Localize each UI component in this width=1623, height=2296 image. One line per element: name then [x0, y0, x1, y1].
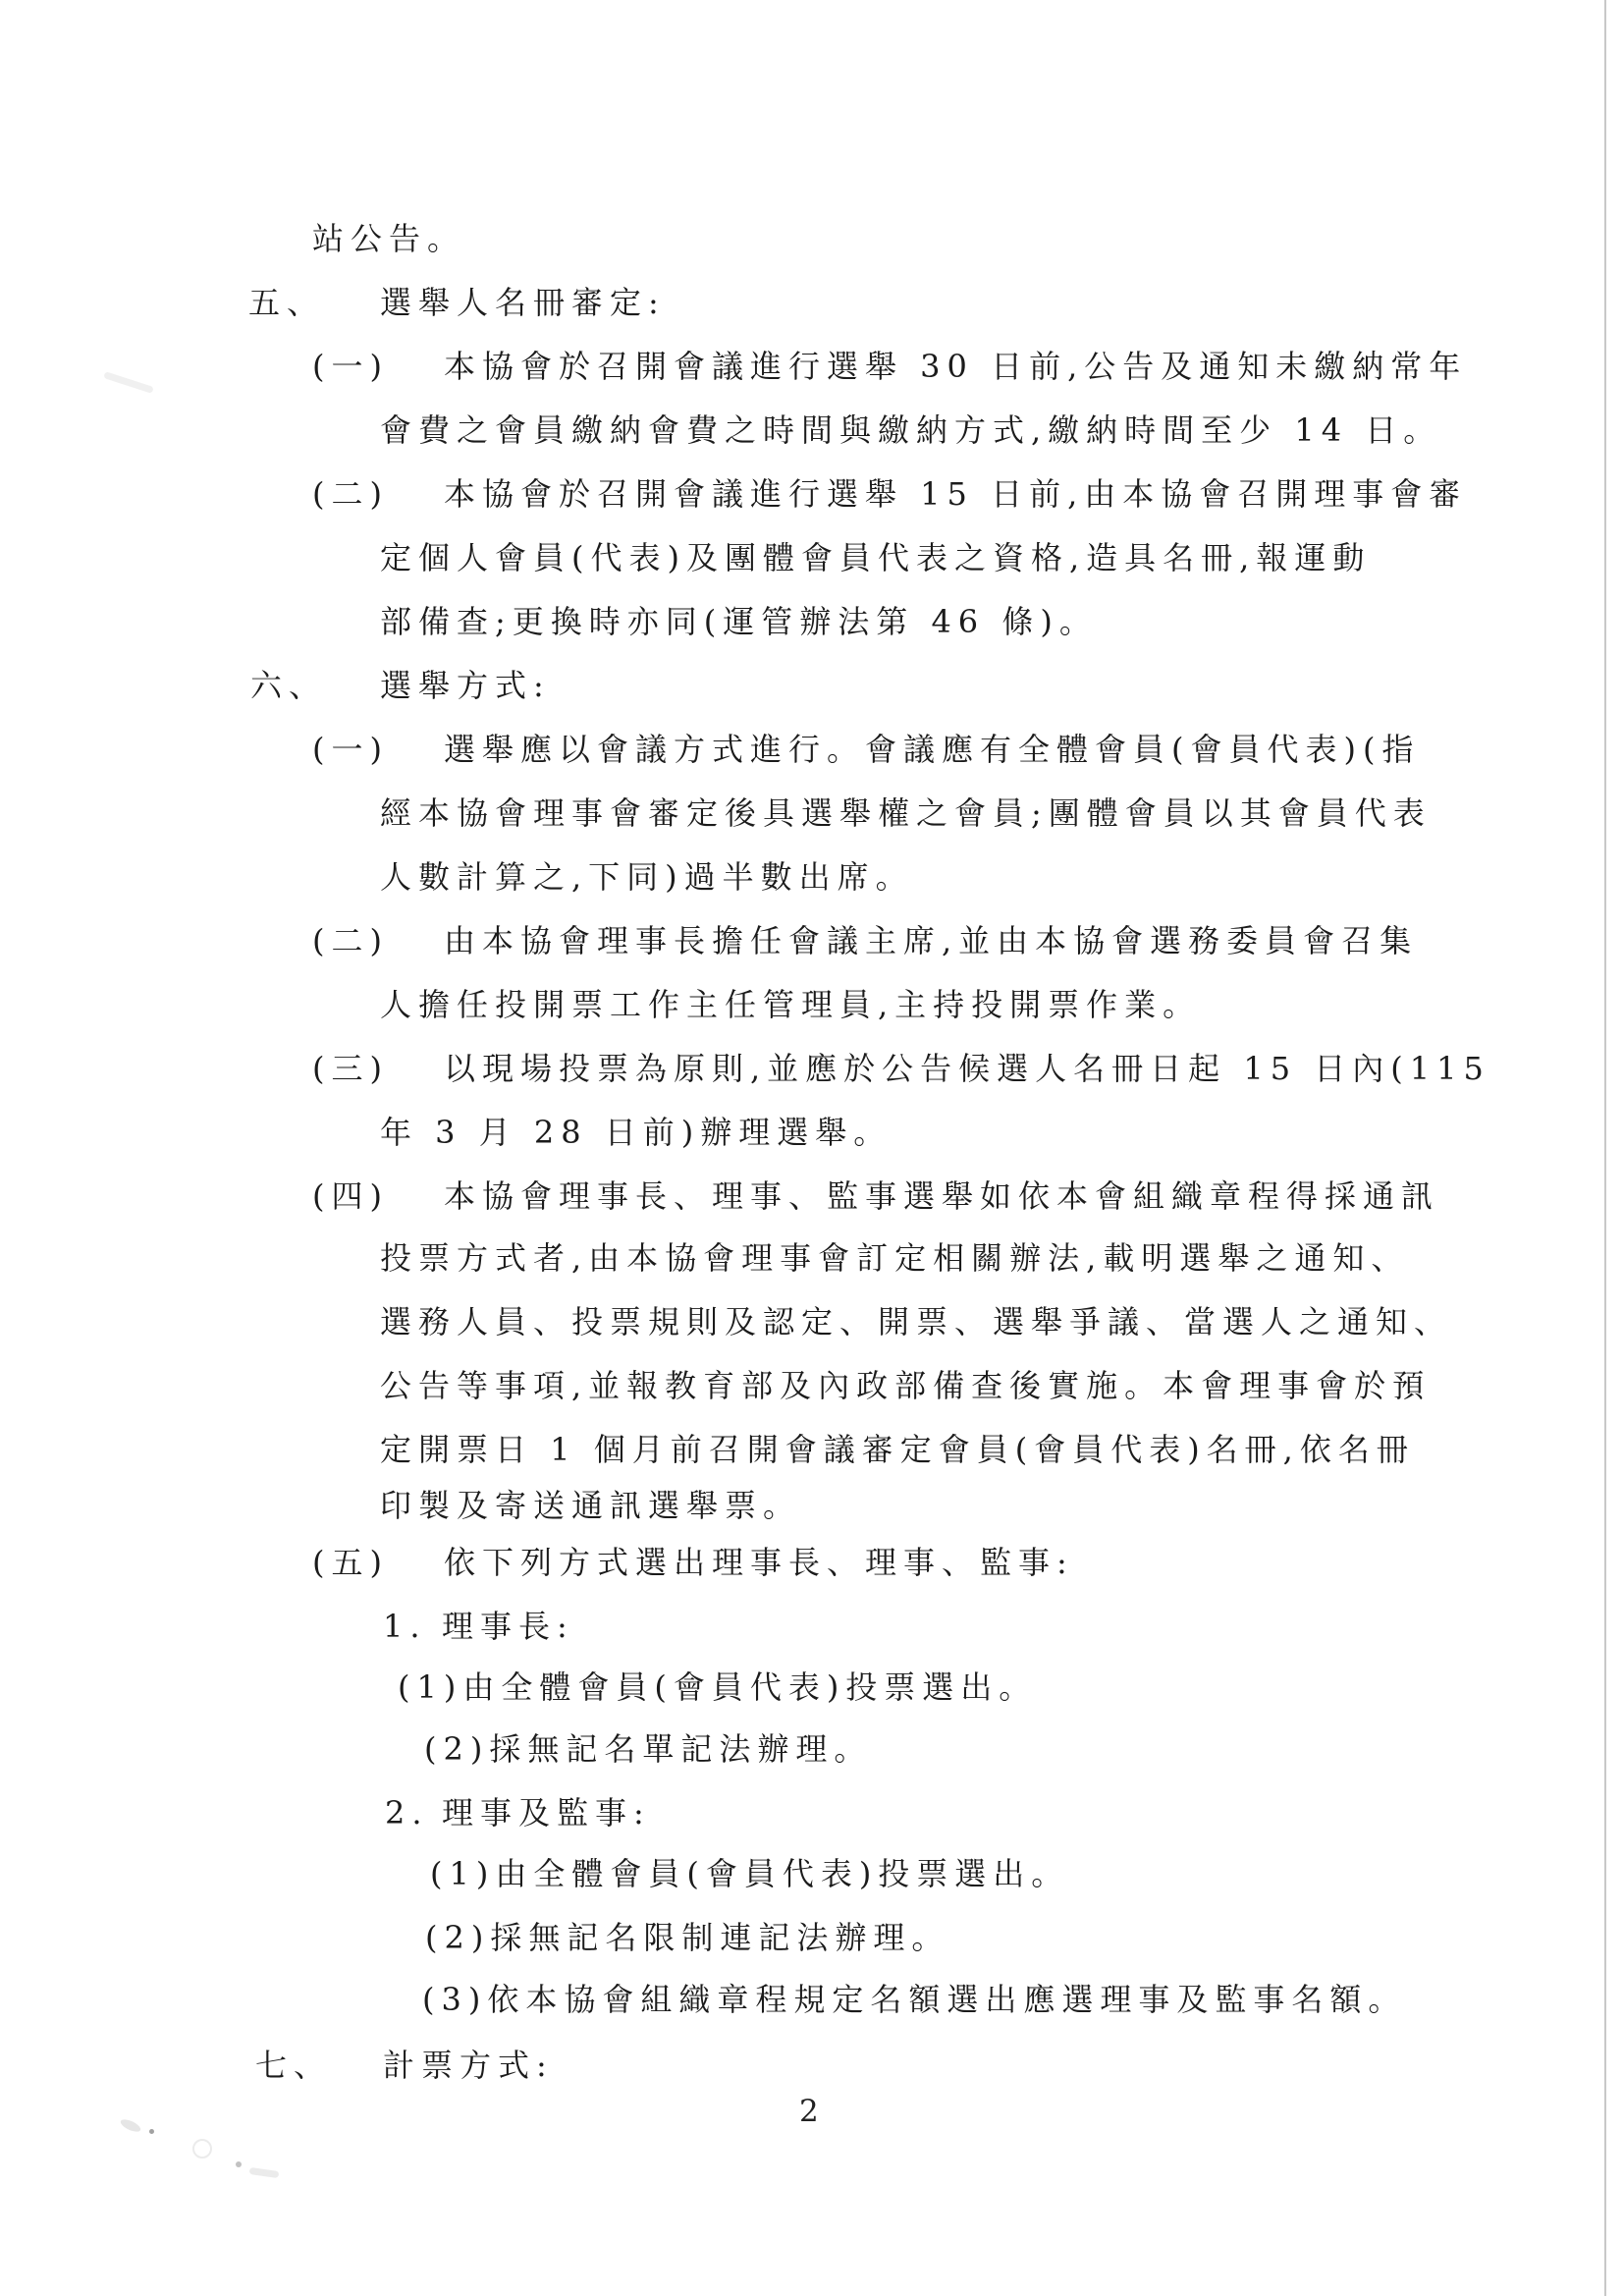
text-run: 部備查;更換時亦同(運管辦法第 46 條)。 [380, 604, 1098, 640]
text-run: 本協會於召開會議進行選舉 15 日前,由本協會召開理事會審 [444, 476, 1467, 513]
document-page: 站公告。五、選舉人名冊審定:(一)本協會於召開會議進行選舉 30 日前,公告及通… [0, 0, 1623, 2296]
text-run: (2)採無記名單記法辦理。 [424, 1731, 872, 1768]
list-marker: 七、 [255, 2048, 332, 2084]
list-marker: (二) [312, 476, 389, 513]
text-run: 年 3 月 28 日前)辦理選舉。 [380, 1115, 892, 1151]
text-run: 理事長: [442, 1609, 574, 1645]
text-run: 投票方式者,由本協會理事會訂定相關辦法,載明選舉之通知、 [380, 1240, 1409, 1277]
text-run: 人擔任投開票工作主任管理員,主持投開票作業。 [380, 987, 1201, 1023]
list-marker: (一) [312, 732, 389, 768]
list-marker: 六、 [250, 668, 327, 704]
text-run: 站公告。 [312, 221, 465, 257]
text-run: 理事及監事: [442, 1795, 651, 1831]
scan-artifact [249, 2167, 280, 2178]
text-run: 公告等事項,並報教育部及內政部備查後實施。本會理事會於預 [380, 1368, 1431, 1404]
list-marker: (三) [312, 1051, 389, 1087]
text-run: 選務人員、投票規則及認定、開票、選舉爭議、當選人之通知、 [380, 1304, 1452, 1340]
list-marker: (五) [312, 1545, 389, 1581]
text-run: 印製及寄送通訊選舉票。 [380, 1488, 801, 1524]
list-marker: (二) [312, 923, 389, 959]
text-run: 以現場投票為原則,並應於公告候選人名冊日起 15 日內(115 [444, 1051, 1490, 1087]
text-run: 依下列方式選出理事長、理事、監事: [444, 1545, 1074, 1581]
text-run: 選舉人名冊審定: [380, 285, 666, 321]
text-run: 選舉應以會議方式進行。會議應有全體會員(會員代表)(指 [444, 732, 1420, 768]
text-run: 本協會於召開會議進行選舉 30 日前,公告及通知未繳納常年 [444, 349, 1467, 385]
text-run: 定開票日 1 個月前召開會議審定會員(會員代表)名冊,依名冊 [380, 1432, 1415, 1468]
text-run: 定個人會員(代表)及團體會員代表之資格,造具名冊,報運動 [380, 540, 1371, 576]
text-run: (1)由全體會員(會員代表)投票選出。 [398, 1669, 1037, 1706]
page-number: 2 [799, 2094, 819, 2129]
scan-artifact [119, 2117, 142, 2134]
scan-edge-artifact [1604, 0, 1606, 2296]
list-marker: (一) [312, 349, 389, 385]
list-marker: 2. [385, 1795, 429, 1831]
scan-artifact [103, 371, 154, 394]
scan-artifact [149, 2129, 154, 2134]
text-run: (3)依本協會組織章程規定名額選出應選理事及監事名額。 [422, 1982, 1406, 2018]
text-run: 選舉方式: [380, 668, 551, 704]
scan-artifact [192, 2139, 212, 2159]
scan-artifact [236, 2161, 242, 2167]
text-run: 會費之會員繳納會費之時間與繳納方式,繳納時間至少 14 日。 [380, 412, 1441, 449]
text-run: 計票方式: [383, 2048, 554, 2084]
list-marker: (四) [312, 1178, 389, 1215]
text-run: 本協會理事長、理事、監事選舉如依本會組織章程得採通訊 [444, 1178, 1439, 1215]
text-run: 由本協會理事長擔任會議主席,並由本協會選務委員會召集 [444, 923, 1418, 959]
text-run: 經本協會理事會審定後具選舉權之會員;團體會員以其會員代表 [380, 795, 1432, 832]
text-run: 人數計算之,下同)過半數出席。 [380, 859, 914, 896]
text-run: (2)採無記名限制連記法辦理。 [425, 1920, 949, 1956]
list-marker: 五、 [248, 285, 325, 321]
text-run: (1)由全體會員(會員代表)投票選出。 [430, 1856, 1069, 1892]
list-marker: 1. [383, 1609, 427, 1645]
